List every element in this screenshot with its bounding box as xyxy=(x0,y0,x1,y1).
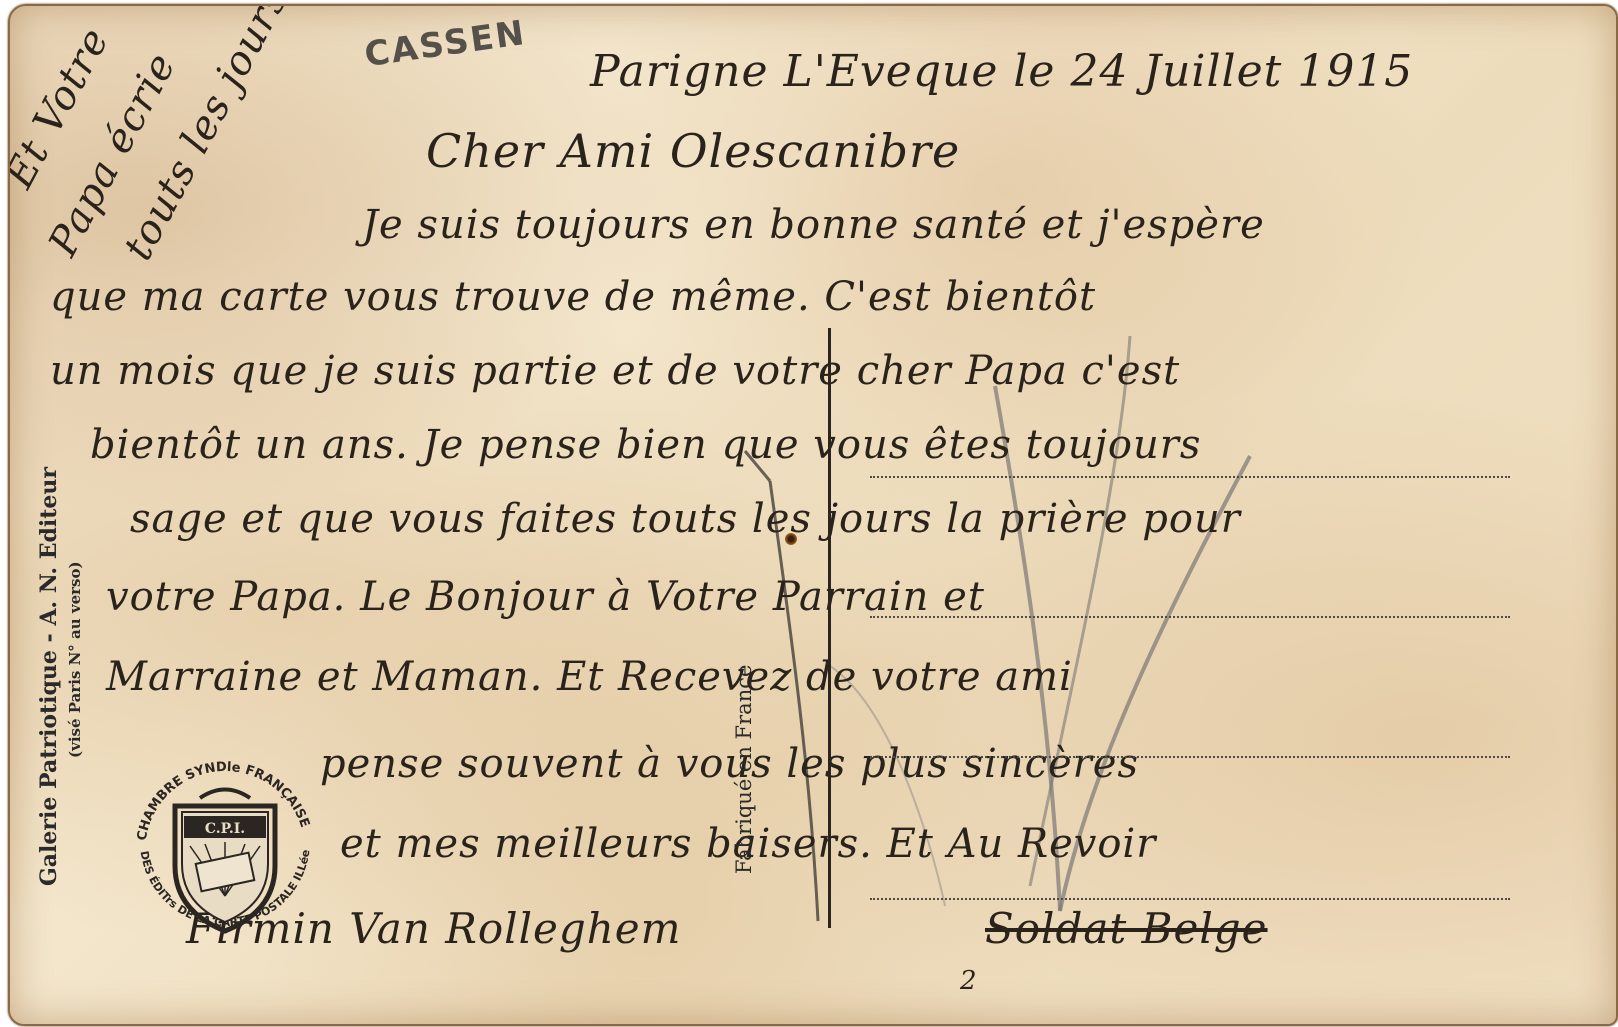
letter-line: que ma carte vous trouve de même. C'est … xyxy=(50,274,1096,320)
salutation: Cher Ami Olescanibre xyxy=(426,124,960,178)
address-line xyxy=(870,898,1510,900)
signature-title: Soldat Belge xyxy=(985,904,1268,953)
publisher-seal: CHAMBRE SYNDle FRANÇAISE DES ÉDITrs DE L… xyxy=(120,746,330,956)
letter-line: votre Papa. Le Bonjour à Votre Parrain e… xyxy=(106,574,985,620)
address-line xyxy=(870,756,1510,758)
letter-line: un mois que je suis partie et de votre c… xyxy=(50,348,1180,394)
letter-line: sage et que vous faites touts les jours … xyxy=(130,496,1241,542)
letter-line: Marraine et Maman. Et Recevez de votre a… xyxy=(106,654,1073,700)
address-line xyxy=(870,616,1510,618)
footnote-mark: 2 xyxy=(960,966,978,996)
postcard: Et Votre Papa écrie touts les jours CASS… xyxy=(8,4,1618,1026)
name-stamp: CASSEN xyxy=(362,13,528,75)
address-line xyxy=(870,476,1510,478)
made-in-france-imprint: Fabriqué en France xyxy=(732,665,756,874)
address-divider-line xyxy=(828,328,831,928)
seal-monogram: C.P.I. xyxy=(205,821,245,837)
shield-crest-icon: CHAMBRE SYNDle FRANÇAISE DES ÉDITrs DE L… xyxy=(120,746,330,956)
publisher-imprint: Galerie Patriotique - A. N. Editeur xyxy=(36,467,62,886)
letter-line: bientôt un ans. Je pense bien que vous ê… xyxy=(90,422,1201,468)
place-date: Parigne L'Eveque le 24 Juillet 1915 xyxy=(590,46,1413,97)
visa-imprint: (visé Paris N° au verso) xyxy=(66,561,84,758)
letter-line: pense souvent à vous les plus sincères xyxy=(320,741,1139,787)
letter-line: Je suis toujours en bonne santé et j'esp… xyxy=(362,202,1265,248)
